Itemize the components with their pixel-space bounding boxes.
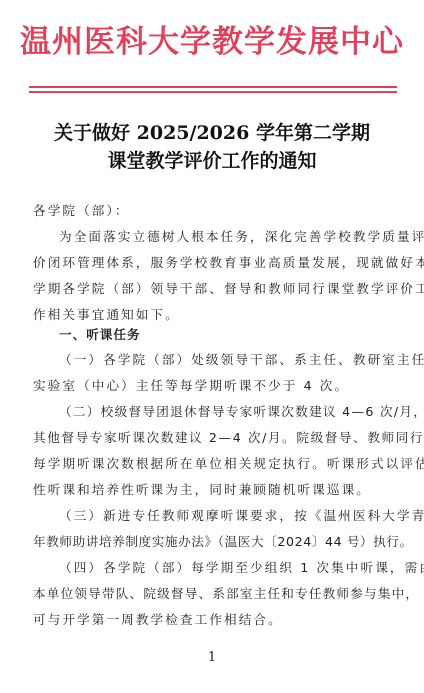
item-2-line-4: 性听课和培养性听课为主，同时兼顾随机听课巡课。 (33, 480, 371, 500)
section-heading-listening-tasks: 一、听课任务 (59, 325, 141, 345)
salutation: 各学院（部）： (33, 201, 130, 221)
masthead-red-rule-top (29, 86, 397, 88)
item-3-line-2: 年教师助讲培养制度实施办法》（温医大〔2024〕44 号）执行。 (33, 532, 413, 552)
notice-title-line-1: 关于做好 2025/2026 学年第二学期 (0, 119, 424, 147)
item-1-line-2: 实验室（中心）主任等每学期听课不少于 4 次。 (33, 376, 349, 396)
item-2-line-1: （二）校级督导团退休督导专家听课次数建议 4—6 次/月， (59, 402, 424, 422)
item-4-line-1: （四）各学院（部）每学期至少组织 1 次集中听课，需由 (59, 558, 424, 578)
item-4-line-2: 本单位领导带队、院级督导、系部室主任和专任教师参与集中， (33, 584, 419, 604)
page-number: 1 (0, 650, 424, 665)
masthead-org-name: 温州医科大学教学发展中心 (0, 24, 424, 60)
masthead-red-rule-bottom (29, 91, 397, 93)
notice-title-line-2: 课堂教学评价工作的通知 (0, 147, 424, 175)
intro-line-1: 为全面落实立德树人根本任务，深化完善学校教学质量评 (59, 227, 424, 247)
intro-line-3: 学期各学院（部）领导干部、督导和教师同行课堂教学评价工 (33, 279, 424, 299)
item-2-line-3: 每学期听课次数根据所在单位相关规定执行。听课形式以评估 (33, 454, 424, 474)
item-1-line-1: （一）各学院（部）处级领导干部、系主任、教研室主任、 (59, 350, 424, 370)
intro-line-2: 价闭环管理体系，服务学校教育事业高质量发展，现就做好本 (33, 253, 424, 273)
item-3-line-1: （三）新进专任教师观摩听课要求，按《温州医科大学青 (59, 506, 424, 526)
intro-line-4: 作相关事宜通知如下。 (33, 305, 180, 325)
item-4-line-3: 可与开学第一周教学检查工作相结合。 (33, 610, 283, 630)
item-2-line-2: 其他督导专家听课次数建议 2—4 次/月。院级督导、教师同行 (33, 428, 424, 448)
